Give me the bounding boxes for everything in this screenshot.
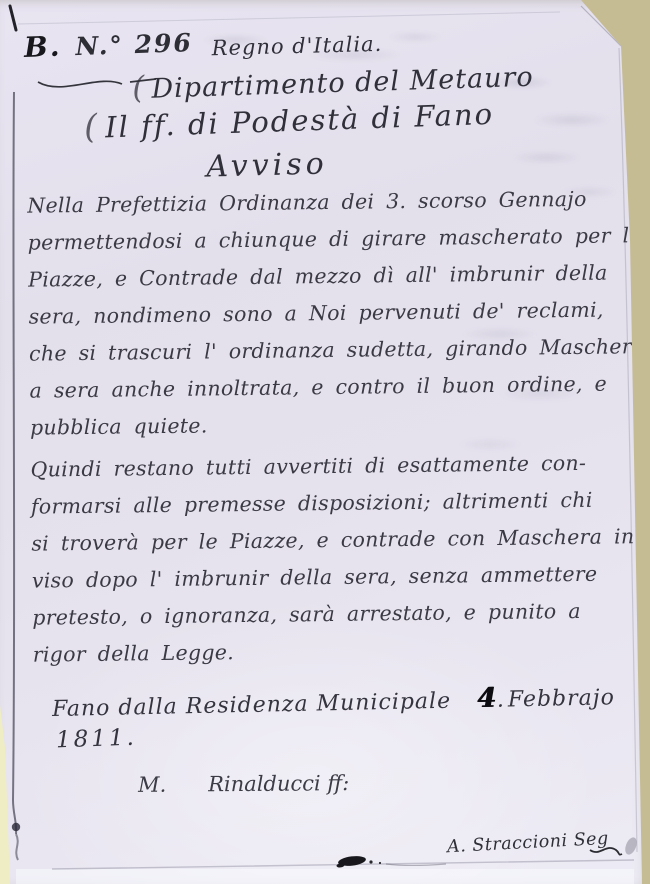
ink-blot [336, 855, 367, 868]
dateline-day: 4 [477, 683, 496, 714]
ink-streak [386, 864, 446, 866]
podesta-name: Rinalducci ff: [208, 771, 349, 796]
dateline-month: Febbrajo [508, 685, 615, 712]
dateline-separator: . [497, 688, 505, 713]
paragraph-2: Quindi restano tutti avvertiti di esatta… [30, 444, 629, 673]
paragraph-1: Nella Prefettizia Ordinanza dei 3. scors… [27, 180, 626, 446]
paper-top-edge [18, 12, 560, 24]
page-bottom-margin [16, 869, 634, 884]
ink-speck [379, 862, 381, 864]
ink-speck [369, 860, 372, 863]
scanned-document-photo: B.N.° 296 Regno d'Italia. (Dipartimento … [0, 0, 650, 884]
corner-smudge [623, 836, 639, 856]
pen-flourish-icon: ( [132, 70, 146, 106]
body-line: rigor della Legge. [33, 629, 629, 673]
corner-pen-stroke [10, 6, 16, 30]
left-rule-ink-blob [12, 823, 20, 831]
manuscript-page: B.N.° 296 Regno d'Italia. (Dipartimento … [0, 0, 650, 884]
dateline-place: Fano dalla Residenza Municipale [52, 689, 452, 722]
body-line: a sera anche innoltrata, e contro il buo… [29, 365, 625, 409]
signature-podesta: M.Rinalducci ff: [138, 771, 350, 797]
dateline: Fano dalla Residenza Municipale 4 . Febb… [52, 680, 628, 723]
dateline-year: 1811. [56, 725, 138, 754]
left-margin-rule [13, 92, 16, 834]
podesta-initial: M. [138, 773, 166, 797]
pen-flourish-icon: ( [83, 107, 99, 147]
bottom-frame-line [52, 860, 634, 869]
body-line: pretesto, o ignoranza, sarà arrestato, e… [32, 592, 628, 636]
signature-secretary: A. Straccioni Seg [447, 829, 610, 857]
left-rule-tail [16, 834, 18, 860]
notice-body: Nella Prefettizia Ordinanza dei 3. scors… [27, 180, 629, 673]
body-line: pubblica quiete. [30, 402, 626, 446]
office-heading-text: Il ff. di Podestà di Fano [105, 97, 495, 145]
